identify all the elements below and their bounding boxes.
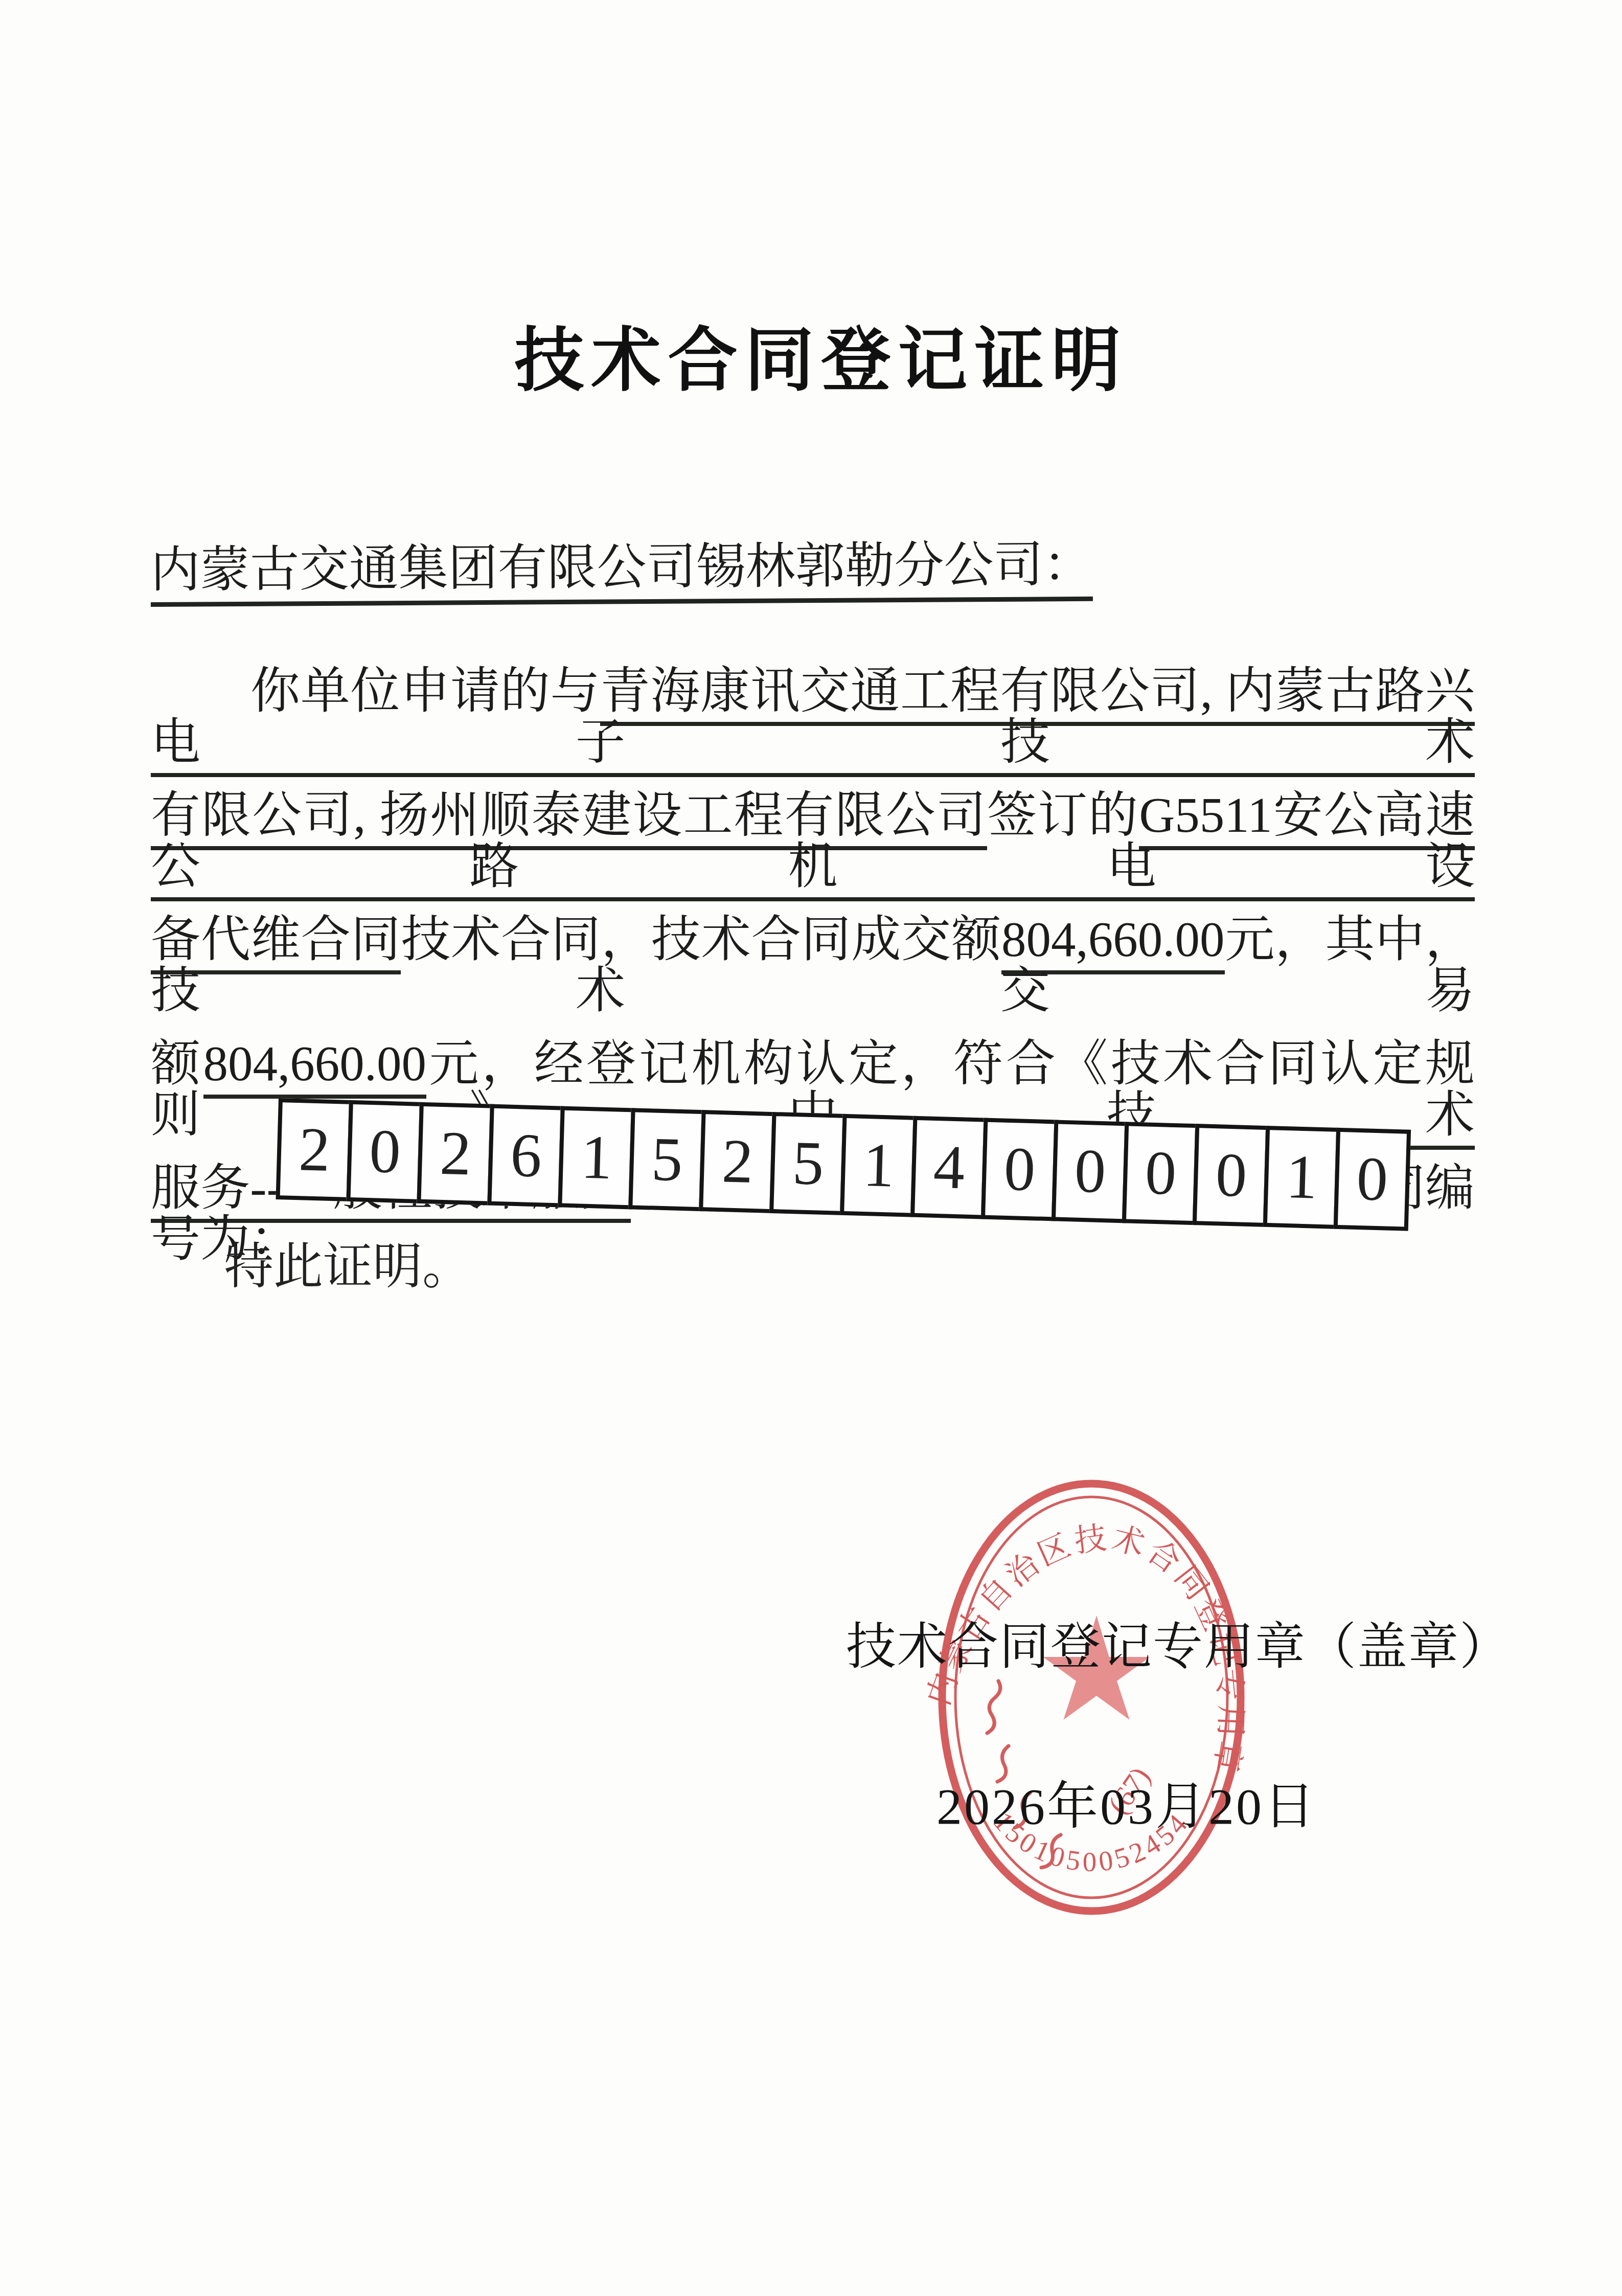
text-segment: 技术合同，技术合同成交额: [401, 912, 1001, 967]
body-line: 有限公司, 扬州顺泰建设工程有限公司签订的G5511安公高速公路机电设: [151, 790, 1475, 892]
text-segment: 额: [151, 1036, 203, 1091]
contract-number-cell: 1: [840, 1114, 917, 1217]
contract-number-cell: 0: [1122, 1122, 1199, 1225]
body-line: 备代维合同技术合同，技术合同成交额804,660.00元，其中，技术交易: [151, 914, 1475, 1016]
addressee-line: 内蒙古交通集团有限公司锡林郭勒分公司：: [150, 535, 1093, 607]
contract-number-cell: 0: [1334, 1128, 1411, 1231]
body-line: 你单位申请的与青海康讯交通工程有限公司, 内蒙古路兴电子技术: [151, 666, 1475, 768]
text-segment: 你单位申请的与: [250, 664, 600, 718]
text-segment: 签订的: [987, 788, 1139, 843]
contract-number-cell: 1: [1263, 1126, 1340, 1229]
page-title: 技术合同登记证明: [0, 304, 1622, 404]
seal-caption: 技术合同登记专用章（盖章）: [846, 1606, 1511, 1678]
contract-number-cell: 6: [487, 1104, 564, 1208]
registration-seal-stamp: 内蒙古自治区技术合同登记专用章 1501050052454 (67): [892, 1475, 1291, 1925]
contract-number-cell: 5: [628, 1108, 705, 1211]
closing-statement: 特此证明。: [224, 1226, 472, 1298]
issue-date: 2026年03月20日: [936, 1765, 1317, 1838]
contract-number-cell: 4: [910, 1116, 988, 1219]
contract-number-cell: 1: [558, 1106, 635, 1209]
contract-number-cell: 0: [1193, 1124, 1270, 1227]
certificate-page: 技术合同登记证明 内蒙古交通集团有限公司锡林郭勒分公司： 你单位申请的与青海康讯…: [0, 0, 1622, 2296]
contract-number-cell: 0: [346, 1100, 423, 1203]
contract-number-cell: 2: [699, 1110, 776, 1213]
contract-number-cell: 2: [276, 1098, 353, 1201]
contract-number-cell: 0: [981, 1118, 1058, 1221]
contract-number-cell: 5: [769, 1112, 847, 1215]
contract-number-cell: 0: [1052, 1120, 1129, 1223]
contract-number-cell: 2: [417, 1102, 494, 1206]
